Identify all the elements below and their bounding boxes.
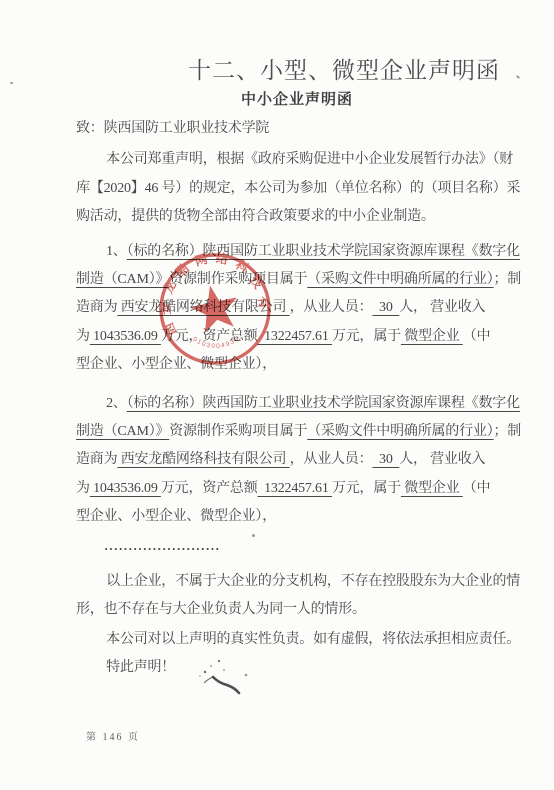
item-1-line: 型企业、小型企业、微型企业）， xyxy=(76,351,521,379)
text-segment: 致：陕西国防工业职业技术学院 xyxy=(76,121,269,136)
text-segment: 造商为 xyxy=(76,300,117,315)
text-segment: ；制 xyxy=(494,424,522,439)
item-1-line: 制造（CAM）》资源制作采购项目属于（采购文件中明确所属的行业）；制 xyxy=(76,266,521,294)
text-segment: （中 xyxy=(463,329,491,344)
text-segment: 以上企业，不属于大企业的分支机构，不存在控股股东为大企业的情 xyxy=(106,574,520,589)
document-page: 十二、小型、微型企业声明函 中小企业声明函 致：陕西国防工业职业技术学院本公司郑… xyxy=(0,0,554,790)
intro-line: 库【2020】46 号）的规定，本公司为参加（单位名称）的（项目名称）采 xyxy=(76,175,521,203)
text-segment: 造商为 xyxy=(76,452,117,467)
filled-blank-text: 制造（CAM）》 xyxy=(76,424,169,439)
section-title: 十二、小型、微型企业声明函 xyxy=(67,52,554,85)
text-segment: 型企业、小型企业、微型企业）， xyxy=(76,509,276,524)
text-segment: 特此声明！ xyxy=(106,660,175,675)
item-1-line: 造商为 西安龙酷网络科技有限公司 ，从业人员： 30 人， 营业收入 xyxy=(76,294,521,322)
ink-scribble xyxy=(183,653,253,703)
filled-blank-text: （采购文件中明确所属的行业） xyxy=(307,272,493,287)
text-segment: ；制 xyxy=(494,272,522,287)
text-segment: 购活动，提供的货物全部由符合政策要求的中小企业制造。 xyxy=(76,209,435,224)
filled-blank-text: （标的名称）陕西国防工业职业技术学院国家资源库课程《数字化 xyxy=(127,396,520,411)
text-segment: （中 xyxy=(463,481,491,496)
doc-body: 致：陕西国防工业职业技术学院本公司郑重声明，根据《政府采购促进中小企业发展暂行办… xyxy=(76,115,521,682)
intro-line: 购活动，提供的货物全部由符合政策要求的中小企业制造。 xyxy=(76,203,521,231)
text-segment: 万元，资产总额 xyxy=(161,481,258,496)
company-seal: 西安龙酷网络科技有限公司 0103004938 xyxy=(146,240,284,378)
text-segment: 本公司对以上声明的真实性负责。如有虚假，将依法承担相应责任。 xyxy=(106,632,520,647)
filled-blank-text: 1322457.61 xyxy=(258,481,332,496)
filled-blank-text: 30 xyxy=(372,452,399,467)
addressee-line: 致：陕西国防工业职业技术学院 xyxy=(76,115,521,143)
item-1-line: 为 1043536.09 万元，资产总额 1322457.61 万元，属于 微型… xyxy=(76,323,521,351)
scan-speck xyxy=(252,534,255,537)
item-2-line: 制造（CAM）》资源制作采购项目属于（采购文件中明确所属的行业）；制 xyxy=(76,418,521,446)
item-1-line: 1、（标的名称）陕西国防工业职业技术学院国家资源库课程《数字化 xyxy=(76,238,521,266)
declaration-line: 特此声明！ xyxy=(76,654,521,682)
page-footer: 第 146 页 xyxy=(86,728,140,743)
text-segment: ························ xyxy=(104,541,220,556)
text-segment: ，从业人员： xyxy=(290,300,373,315)
closing-line: 以上企业，不属于大企业的分支机构，不存在控股股东为大企业的情 xyxy=(76,568,521,596)
filled-blank-text: 30 xyxy=(372,300,399,315)
intro-line: 本公司郑重声明，根据《政府采购促进中小企业发展暂行办法》（财 xyxy=(76,146,521,174)
filled-blank-text: （采购文件中明确所属的行业） xyxy=(307,424,493,439)
text-segment: 形，也不存在与大企业负责人为同一人的情形。 xyxy=(76,602,366,617)
item-2-line: 为 1043536.09 万元，资产总额 1322457.61 万元，属于 微型… xyxy=(76,475,521,503)
item-2-line: 型企业、小型企业、微型企业）， xyxy=(76,503,521,531)
text-segment: 万元，属于 xyxy=(332,481,401,496)
text-segment: 人， 营业收入 xyxy=(399,452,485,467)
text-segment: 为 xyxy=(76,481,90,496)
text-segment: 万元，属于 xyxy=(332,329,401,344)
filled-blank-text: 1043536.09 xyxy=(90,329,161,344)
text-segment: 为 xyxy=(76,329,90,344)
text-segment: 库【2020】46 号）的规定，本公司为参加（单位名称）的（项目名称）采 xyxy=(76,181,520,196)
filled-blank-text: 微型企业 xyxy=(401,481,463,496)
ellipsis-line: ························ xyxy=(76,535,521,563)
responsibility-line: 本公司对以上声明的真实性负责。如有虚假，将依法承担相应责任。 xyxy=(76,626,521,654)
svg-text:0103004938: 0103004938 xyxy=(190,327,242,356)
text-segment: 资源制作采购项目属于 xyxy=(169,424,307,439)
text-segment: 2、 xyxy=(106,396,127,411)
scan-speck xyxy=(10,82,13,84)
seal-serial-text: 0103004938 xyxy=(190,327,242,356)
item-2-line: 造商为 西安龙酷网络科技有限公司 ，从业人员： 30 人， 营业收入 xyxy=(76,446,521,474)
text-segment: 人， 营业收入 xyxy=(399,300,485,315)
filled-blank-text: 微型企业 xyxy=(401,329,463,344)
doc-title: 中小企业声明函 xyxy=(20,88,554,109)
filled-blank-text: 西安龙酷网络科技有限公司 xyxy=(117,452,289,467)
star-icon xyxy=(187,281,243,335)
closing-line: 形，也不存在与大企业负责人为同一人的情形。 xyxy=(76,596,521,624)
text-segment: 1、 xyxy=(106,244,127,259)
filled-blank-text: 1043536.09 xyxy=(90,481,161,496)
text-segment: ，从业人员： xyxy=(290,452,373,467)
text-segment: 本公司郑重声明，根据《政府采购促进中小企业发展暂行办法》（财 xyxy=(106,152,513,167)
item-2-line: 2、（标的名称）陕西国防工业职业技术学院国家资源库课程《数字化 xyxy=(76,390,521,418)
